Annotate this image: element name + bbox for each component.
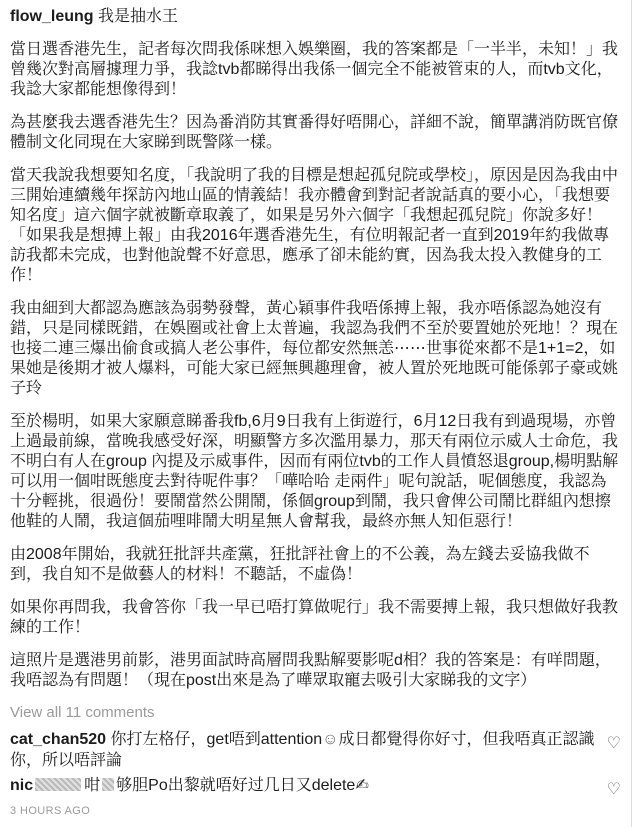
smiley-face-emoji-icon: ☺ [322,731,338,748]
comment-body-text: 你打左格仔，get唔到attention [111,731,323,748]
writing-hand-emoji-icon: ✍ [355,777,368,794]
comment-author-username-link[interactable]: cat_chan520 [10,731,106,748]
caption-paragraph: 當日選香港先生，記者每次問我係咪想入娛樂圈，我的答案都是「一半半，未知！」我曾幾… [10,40,621,100]
post-card: flow_leung 我是抽水王 當日選香港先生，記者每次問我係咪想入娛樂圈，我… [0,0,632,827]
caption-block: flow_leung 我是抽水王 當日選香港先生，記者每次問我係咪想入娛樂圈，我… [10,7,621,691]
comment-like-column: ♡ [595,729,621,753]
caption-first-line: flow_leung 我是抽水王 [10,7,621,27]
post-timestamp: 3 HOURS AGO [10,805,621,817]
caption-title-text: 我是抽水王 [98,8,178,25]
comment-body-text: 够胆Po出黎就唔好过几日又delete [116,777,355,794]
comment-like-column: ♡ [595,775,621,799]
like-heart-icon[interactable]: ♡ [607,736,621,752]
caption-paragraph: 由2008年開始，我就狂批評共產黨，狂批評社會上的不公義，為左錢去妥協我做不到，… [10,545,621,585]
like-heart-icon[interactable]: ♡ [607,782,621,798]
caption-paragraph: 我由細到大都認為應該為弱勢發聲，黃心穎事件我唔係搏上報，我亦唔係認為她沒有錯，只… [10,299,621,399]
comment-text: nic咁够胆Po出黎就唔好过几日又delete✍ [10,775,595,796]
caption-paragraph: 如果你再問我，我會答你「我一早已唔打算做呢行」我不需要搏上報，我只想做好我教練的… [10,598,621,638]
caption-paragraph: 至於楊明，如果大家願意睇番我fb,6月9日我有上街遊行，6月12日我有到過現場，… [10,412,621,532]
comment-body-text: 咁 [84,777,100,794]
censored-username-blur [35,778,81,791]
comment-row: cat_chan520 你打左格仔，get唔到attention☺成日都覺得你好… [10,729,621,771]
comment-author-username-link[interactable]: nic [10,777,33,794]
view-all-comments-link[interactable]: View all 11 comments [10,704,621,721]
comment-text: cat_chan520 你打左格仔，get唔到attention☺成日都覺得你好… [10,729,595,771]
censored-text-blur [102,778,114,791]
caption-paragraph: 為甚麼我去選香港先生？因為番消防其實番得好唔開心，詳細不說，簡單講消防既官僚體制… [10,113,621,153]
post-author-username-link[interactable]: flow_leung [10,8,94,25]
caption-paragraph: 這照片是選港男前影，港男面試時高層問我點解要影呢d相？我的答案是：有咩問題，我唔… [10,651,621,691]
comment-row: nic咁够胆Po出黎就唔好过几日又delete✍ ♡ [10,775,621,799]
caption-paragraph: 當天我說我想要知名度，「我說明了我的目標是想起孤兒院或學校」，原因是因為我由中三… [10,166,621,286]
